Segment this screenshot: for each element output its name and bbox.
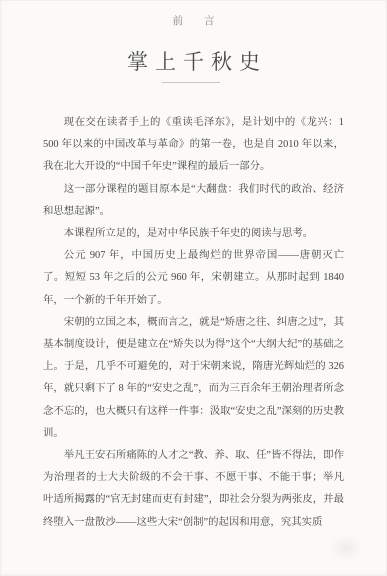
preface-body: 现在交在读者手上的《重读毛泽东》，是计划中的《龙兴：1 500 年以来的中国改革…: [43, 112, 344, 534]
title-underline: [162, 82, 220, 83]
page-title: 掌上千秋史: [0, 46, 387, 76]
body-paragraph: 这一部分课程的题目原本是“大翻盘：我们时代的政治、经济和思想起源”。: [43, 179, 344, 223]
book-page: 前 言 掌上千秋史 现在交在读者手上的《重读毛泽东》，是计划中的《龙兴：1 50…: [0, 0, 387, 576]
body-paragraph: 本课程所立足的，是对中华民族千年史的阅读与思考。: [43, 223, 344, 245]
body-paragraph: 公元 907 年，中国历史上最绚烂的世界帝国——唐朝灭亡了。短短 53 年之后的…: [43, 245, 344, 312]
body-paragraph: 现在交在读者手上的《重读毛泽东》，是计划中的《龙兴：1 500 年以来的中国改革…: [43, 112, 344, 179]
running-header: 前 言: [0, 13, 387, 28]
scan-smudge-artifact: [323, 528, 369, 568]
body-paragraph: 举凡王安石所痛陈的人才之“教、养、取、任”皆不得法，即作为治理者的士大夫阶级的不…: [43, 445, 344, 534]
body-paragraph: 宋朝的立国之本，概而言之，就是“矫唐之往、纠唐之过”，其基本制度设计，便是建立在…: [43, 312, 344, 445]
